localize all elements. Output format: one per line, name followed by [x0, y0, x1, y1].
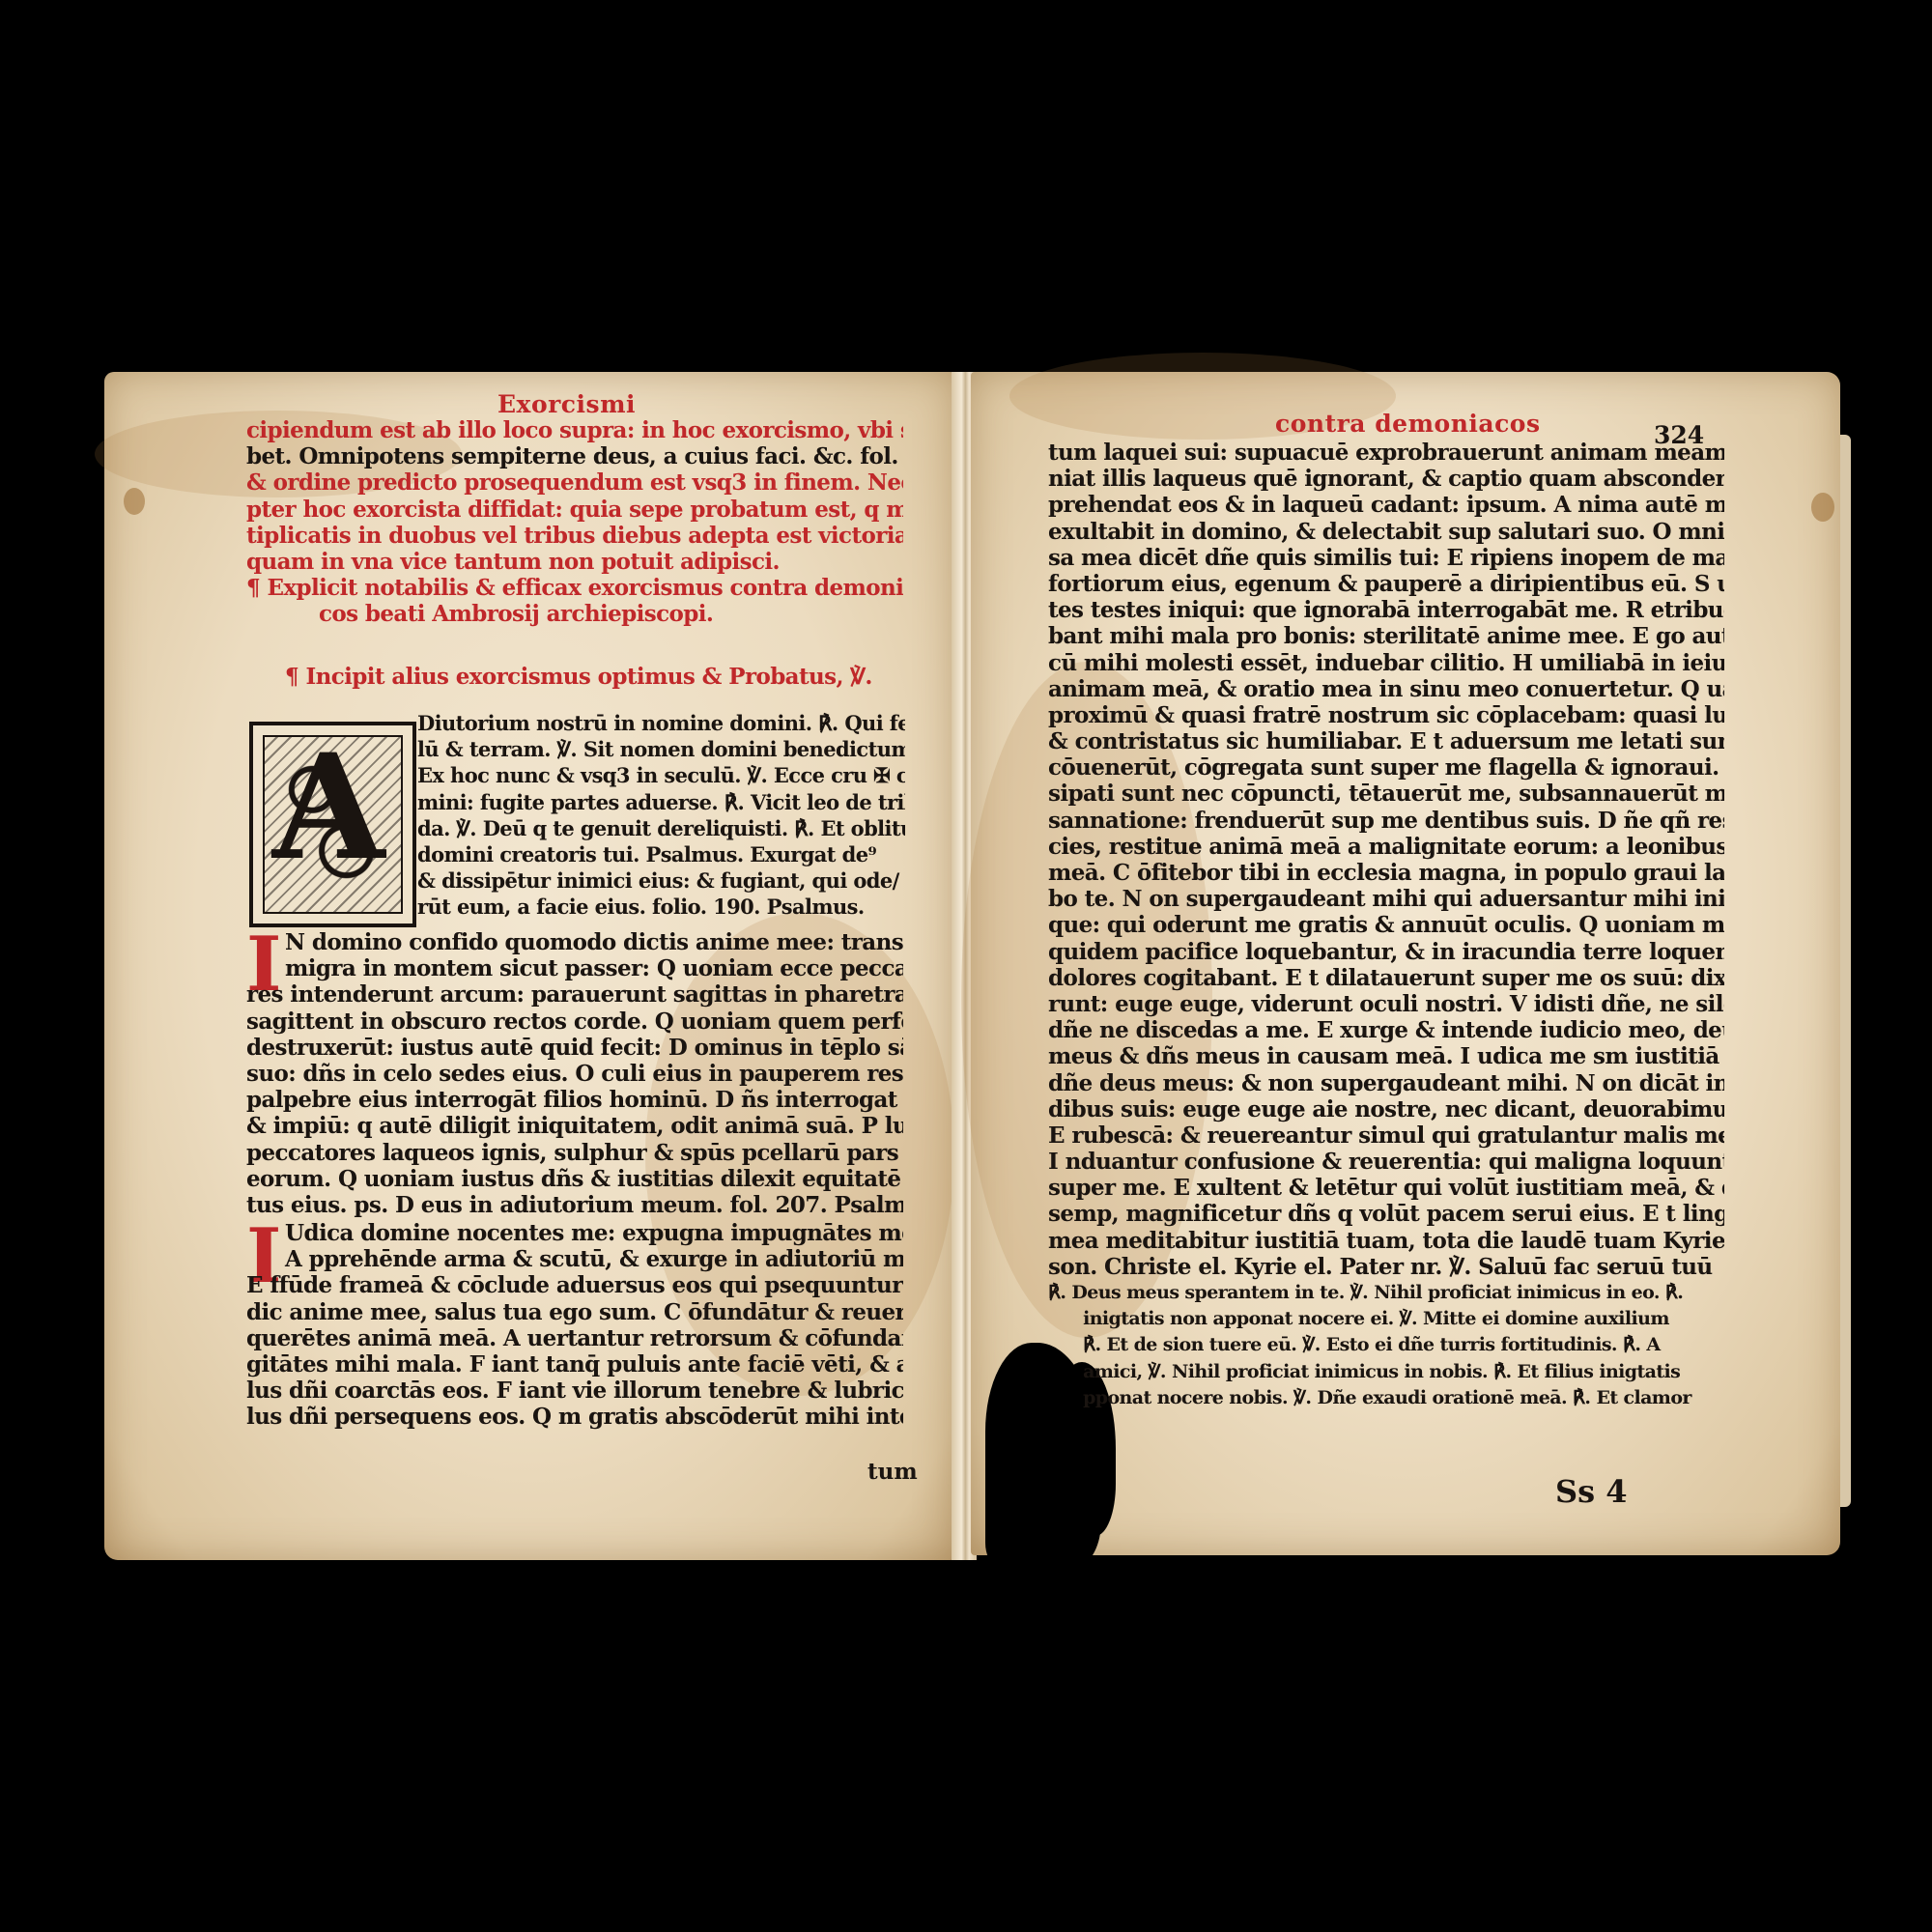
- foxing-spot: [1811, 493, 1834, 522]
- text-line: suo: dñs in celo sedes eius. O culi eius…: [246, 1061, 903, 1087]
- text-line: lus dñi persequens eos. Q m gratis abscō…: [246, 1404, 903, 1430]
- text-line: & ordine predicto prosequendum est vsq3 …: [246, 469, 903, 496]
- text-line: res intenderunt arcum: parauerunt sagitt…: [246, 981, 903, 1008]
- text-line: tes testes iniqui: que ignorabā interrog…: [1048, 597, 1724, 623]
- text-line: domini creatoris tui. Psalmus. Exurgat d…: [417, 841, 905, 867]
- text-line: A pprehēnde arma & scutū, & exurge in ad…: [246, 1246, 903, 1272]
- text-line: dñe ne discedas a me. E xurge & intende …: [1048, 1017, 1724, 1043]
- text-line: dibus suis: euge euge aie nostre, nec di…: [1048, 1096, 1724, 1122]
- text-line: ℟. Et de sion tuere eū. ℣. Esto ei dñe t…: [1048, 1332, 1724, 1358]
- text-line: tum laquei sui: supuacuē exprobrauerunt …: [1048, 440, 1724, 466]
- text-line: cies, restitue animā meā a malignitate e…: [1048, 834, 1724, 860]
- text-line: runt: euge euge, viderunt oculi nostri. …: [1048, 991, 1724, 1017]
- text-line: bo te. N on supergaudeant mihi qui aduer…: [1048, 886, 1724, 912]
- text-line: pter hoc exorcista diffidat: quia sepe p…: [246, 497, 903, 523]
- left-running-head: Exorcismi: [497, 390, 636, 418]
- text-line: dic anime mee, salus tua ego sum. C ōfun…: [246, 1299, 903, 1325]
- text-line: super me. E xultent & letētur qui volūt …: [1048, 1175, 1724, 1201]
- left-text-top: cipiendum est ab illo loco supra: in hoc…: [246, 417, 903, 690]
- text-line: dñe deus meus: & non supergaudeant mihi.…: [1048, 1070, 1724, 1096]
- text-line: pponat nocere nobis. ℣. Dñe exaudi orati…: [1048, 1385, 1724, 1411]
- text-line: E rubescā: & reuereantur simul qui gratu…: [1048, 1122, 1724, 1149]
- explicit-line: cos beati Ambrosij archiepiscopi.: [246, 601, 903, 627]
- text-line: que: qui oderunt me gratis & annuūt ocul…: [1048, 912, 1724, 938]
- text-line: & contristatus sic humiliabar. E t aduer…: [1048, 728, 1724, 754]
- text-line: meus & dñs meus in causam meā. I udica m…: [1048, 1043, 1724, 1069]
- text-line: tiplicatis in duobus vel tribus diebus a…: [246, 523, 903, 549]
- incipit-line: ¶ Incipit alius exorcismus optimus & Pro…: [246, 664, 903, 690]
- text-line: sa mea dicēt dñe quis similis tui: E rip…: [1048, 545, 1724, 571]
- text-line: inigtatis non apponat nocere ei. ℣. Mitt…: [1048, 1306, 1724, 1332]
- text-line: lū & terram. ℣. Sit nomen domini benedic…: [417, 736, 905, 762]
- left-psalm-1: N domino confido quomodo dictis anime me…: [246, 929, 903, 1218]
- text-line: prehendat eos & in laqueū cadant: ipsum.…: [1048, 492, 1724, 518]
- text-line: exultabit in domino, & delectabit sup sa…: [1048, 519, 1724, 545]
- woodcut-initial: A: [249, 722, 416, 927]
- text-line: da. ℣. Deū q te genuit dereliquisti. ℟. …: [417, 815, 905, 841]
- text-line: dolores cogitabant. E t dilatauerunt sup…: [1048, 965, 1724, 991]
- text-line: mini: fugite partes aduerse. ℟. Vicit le…: [417, 789, 905, 815]
- text-line: cōuenerūt, cōgregata sunt super me flage…: [1048, 754, 1724, 781]
- text-line: destruxerūt: iustus autē quid fecit: D o…: [246, 1035, 903, 1061]
- explicit-line: ¶ Explicit notabilis & efficax exorcismu…: [246, 575, 903, 601]
- text-line: animam meā, & oratio mea in sinu meo con…: [1048, 676, 1724, 702]
- text-line: sipati sunt nec cōpuncti, tētauerūt me, …: [1048, 781, 1724, 807]
- foxing-spot: [124, 488, 145, 515]
- text-line: bant mihi mala pro bonis: sterilitatē an…: [1048, 623, 1724, 649]
- blank-line: [246, 628, 903, 654]
- text-line: sagittent in obscuro rectos corde. Q uon…: [246, 1009, 903, 1035]
- text-line: migra in montem sicut passer: Q uoniam e…: [246, 955, 903, 981]
- text-line: cipiendum est ab illo loco supra: in hoc…: [246, 417, 903, 443]
- signature-mark: Ss 4: [1555, 1473, 1628, 1510]
- text-line: Diutorium nostrū in nomine domini. ℟. Qu…: [417, 710, 905, 736]
- text-line: E ffūde frameā & cōclude aduersus eos qu…: [246, 1272, 903, 1298]
- text-line: & dissipētur inimici eius: & fugiant, qu…: [417, 867, 905, 894]
- text-line: mea meditabitur iustitiā tuam, tota die …: [1048, 1228, 1724, 1254]
- right-running-head: contra demoniacos: [1275, 410, 1541, 438]
- woodcut-letter: A: [272, 735, 384, 880]
- text-line: quidem pacifice loquebantur, & in iracun…: [1048, 939, 1724, 965]
- text-line: & impiū: q autē diligit iniquitatem, odi…: [246, 1113, 903, 1139]
- text-line: Ex hoc nunc & vsq3 in seculū. ℣. Ecce cr…: [417, 762, 905, 788]
- text-line: quam in vna vice tantum non potuit adipi…: [246, 549, 903, 575]
- text-line: ℟. Deus meus sperantem in te. ℣. Nihil p…: [1048, 1280, 1724, 1306]
- text-line: eorum. Q uoniam iustus dñs & iustitias d…: [246, 1166, 903, 1192]
- text-line: sannatione: frenduerūt sup me dentibus s…: [1048, 808, 1724, 834]
- text-line: amici, ℣. Nihil proficiat inimicus in no…: [1048, 1359, 1724, 1385]
- text-line: lus dñi coarctās eos. F iant vie illorum…: [246, 1378, 903, 1404]
- catchword: tum: [867, 1459, 918, 1485]
- text-line: meā. C ōfitebor tibi in ecclesia magna, …: [1048, 860, 1724, 886]
- text-line: gitātes mihi mala. F iant tanq̄ puluis a…: [246, 1351, 903, 1378]
- text-line: bet. Omnipotens sempiterne deus, a cuius…: [246, 443, 903, 469]
- text-line: son. Christe el. Kyrie el. Pater nr. ℣. …: [1048, 1254, 1724, 1280]
- open-book-photo: Exorcismi cipiendum est ab illo loco sup…: [0, 0, 1932, 1932]
- text-line: niat illis laqueus quē ignorant, & capti…: [1048, 466, 1724, 492]
- text-line: cū mihi molesti essēt, induebar cilitio.…: [1048, 650, 1724, 676]
- text-line: semp, magnificetur dñs q volūt pacem ser…: [1048, 1201, 1724, 1227]
- text-line: palpebre eius interrogāt filios hominū. …: [246, 1087, 903, 1113]
- text-line: Udica domine nocentes me: expugna impugn…: [246, 1220, 903, 1246]
- right-text: tum laquei sui: supuacuē exprobrauerunt …: [1048, 440, 1724, 1411]
- text-line: peccatores laqueos ignis, sulphur & spūs…: [246, 1140, 903, 1166]
- text-line: fortiorum eius, egenum & pauperē a dirip…: [1048, 571, 1724, 597]
- text-line: proximū & quasi fratrē nostrum sic cōpla…: [1048, 702, 1724, 728]
- left-psalm-2: Udica domine nocentes me: expugna impugn…: [246, 1220, 903, 1431]
- text-line: tus eius. ps. D eus in adiutorium meum. …: [246, 1192, 903, 1218]
- text-line: N domino confido quomodo dictis anime me…: [246, 929, 903, 955]
- text-line: querētes animā meā. A uertantur retrorsu…: [246, 1325, 903, 1351]
- text-line: I nduantur confusione & reuerentia: qui …: [1048, 1149, 1724, 1175]
- text-line: rūt eum, a facie eius. folio. 190. Psalm…: [417, 894, 905, 920]
- left-versicles: Diutorium nostrū in nomine domini. ℟. Qu…: [417, 710, 905, 921]
